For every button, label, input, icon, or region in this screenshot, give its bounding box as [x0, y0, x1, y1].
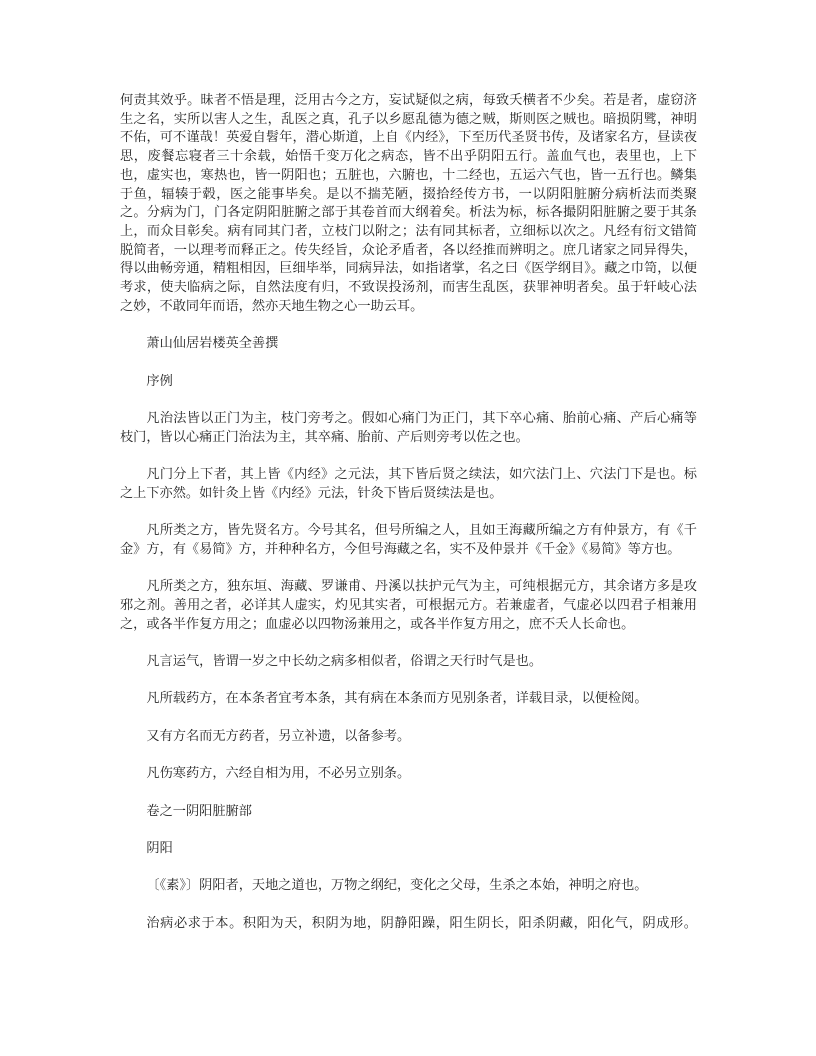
author-byline: 萧山仙居岩楼英全善撰: [120, 334, 697, 353]
rule-paragraph-listed-formulas: 凡所载药方，在本条者宜考本条，其有病在本条而方见别条者，详载目录，以便检阅。: [120, 689, 697, 708]
preface-continuation-paragraph: 何责其效乎。昧者不悟是理，泛用古今之方，妄试疑似之病，每致夭横者不少矣。若是者，…: [120, 91, 697, 315]
rule-paragraph-treatment-gates: 凡治法皆以正门为主，枝门旁考之。假如心痛门为正门，其下卒心痛、胎前心痛、产后心痛…: [120, 409, 697, 446]
rule-paragraph-upper-lower-gates: 凡门分上下者，其上皆《内经》之元法，其下皆后贤之续法，如穴法门上、穴法门下是也。…: [120, 465, 697, 502]
rule-paragraph-supplement: 又有方名而无方药者，另立补遗，以备参考。: [120, 727, 697, 746]
rule-paragraph-yunqi: 凡言运气，皆谓一岁之中长幼之病多相似者，俗谓之天行时气是也。: [120, 652, 697, 671]
rule-paragraph-shanghan-formulas: 凡伤寒药方，六经自相为用，不必另立别条。: [120, 764, 697, 783]
section-heading-yinyang: 阴阳: [120, 839, 697, 858]
rule-paragraph-original-formulas: 凡所类之方，独东垣、海藏、罗谦甫、丹溪以扶护元气为主，可纯根据元方，其余诸方多是…: [120, 577, 697, 633]
text-block: 何责其效乎。昧者不悟是理，泛用古今之方，妄试疑似之病，每致夭横者不少矣。若是者，…: [120, 91, 697, 951]
section-heading-xuli: 序例: [120, 372, 697, 391]
quote-paragraph-treat-root: 治病必求于本。积阳为天，积阴为地，阴静阳躁，阳生阴长，阳杀阴藏，阳化气，阴成形。: [120, 914, 697, 933]
rule-paragraph-named-formulas: 凡所类之方，皆先贤名方。今号其名，但号所编之人，且如王海藏所编之方有仲景方，有《…: [120, 521, 697, 558]
document-page: 何责其效乎。昧者不悟是理，泛用古今之方，妄试疑似之病，每致夭横者不少矣。若是者，…: [0, 0, 816, 1056]
volume-one-heading: 卷之一阴阳脏腑部: [120, 802, 697, 821]
quote-paragraph-suwen-yinyang: 〔《素》〕阴阳者，天地之道也，万物之纲纪，变化之父母，生杀之本始，神明之府也。: [120, 876, 697, 895]
